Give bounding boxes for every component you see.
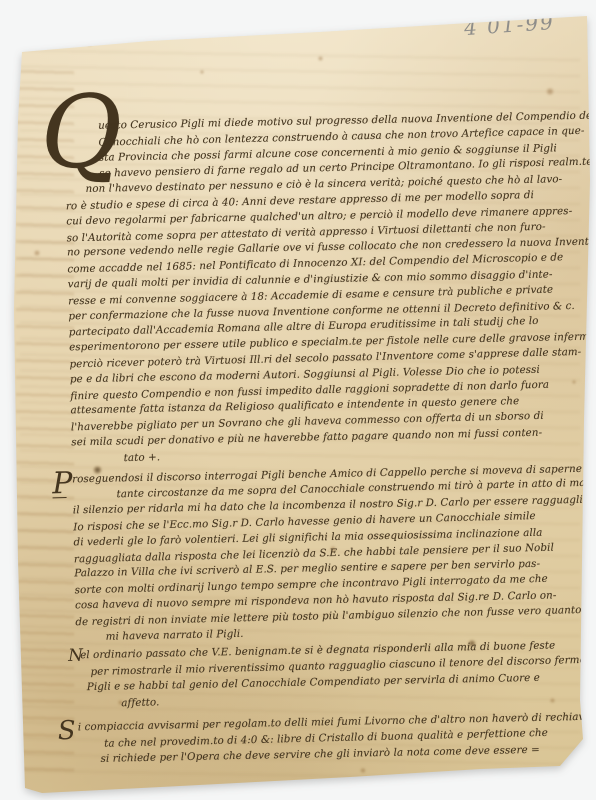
- stain-spot: [546, 88, 554, 95]
- photograph-background: 4 01-99 Q uesto Cerusico Pigli mi diede …: [0, 0, 596, 800]
- paragraph-3: N el ordinario passato che V.E. benignam…: [76, 638, 582, 713]
- drop-cap-initial-p: P: [52, 473, 67, 498]
- letter-body: Q uesto Cerusico Pigli mi diede motivo s…: [64, 109, 584, 769]
- paragraph-3-lines: el ordinario passato che V.E. benignam.t…: [76, 638, 582, 713]
- stain-spot: [86, 40, 93, 46]
- stain-spot: [34, 250, 40, 256]
- catalog-number-pencil-annotation: 4 01-99: [463, 8, 584, 40]
- stain-spot: [318, 56, 323, 61]
- paragraph-1: Q uesto Cerusico Pigli mi diede motivo s…: [64, 109, 577, 468]
- paragraph-2-lines: roseguendosi il discorso interrogai Pigl…: [72, 461, 581, 646]
- paper-shadow-wrap: 4 01-99 Q uesto Cerusico Pigli mi diede …: [0, 0, 596, 800]
- paragraph-1-lines: uesto Cerusico Pigli mi diede motivo sul…: [64, 109, 577, 468]
- initial-s: S: [58, 721, 71, 741]
- stain-spot: [360, 768, 366, 773]
- stain-spot: [200, 70, 204, 74]
- paragraph-2: P roseguendosi il discorso interrogai Pi…: [72, 461, 581, 646]
- manuscript-page: 4 01-99 Q uesto Cerusico Pigli mi diede …: [0, 0, 596, 800]
